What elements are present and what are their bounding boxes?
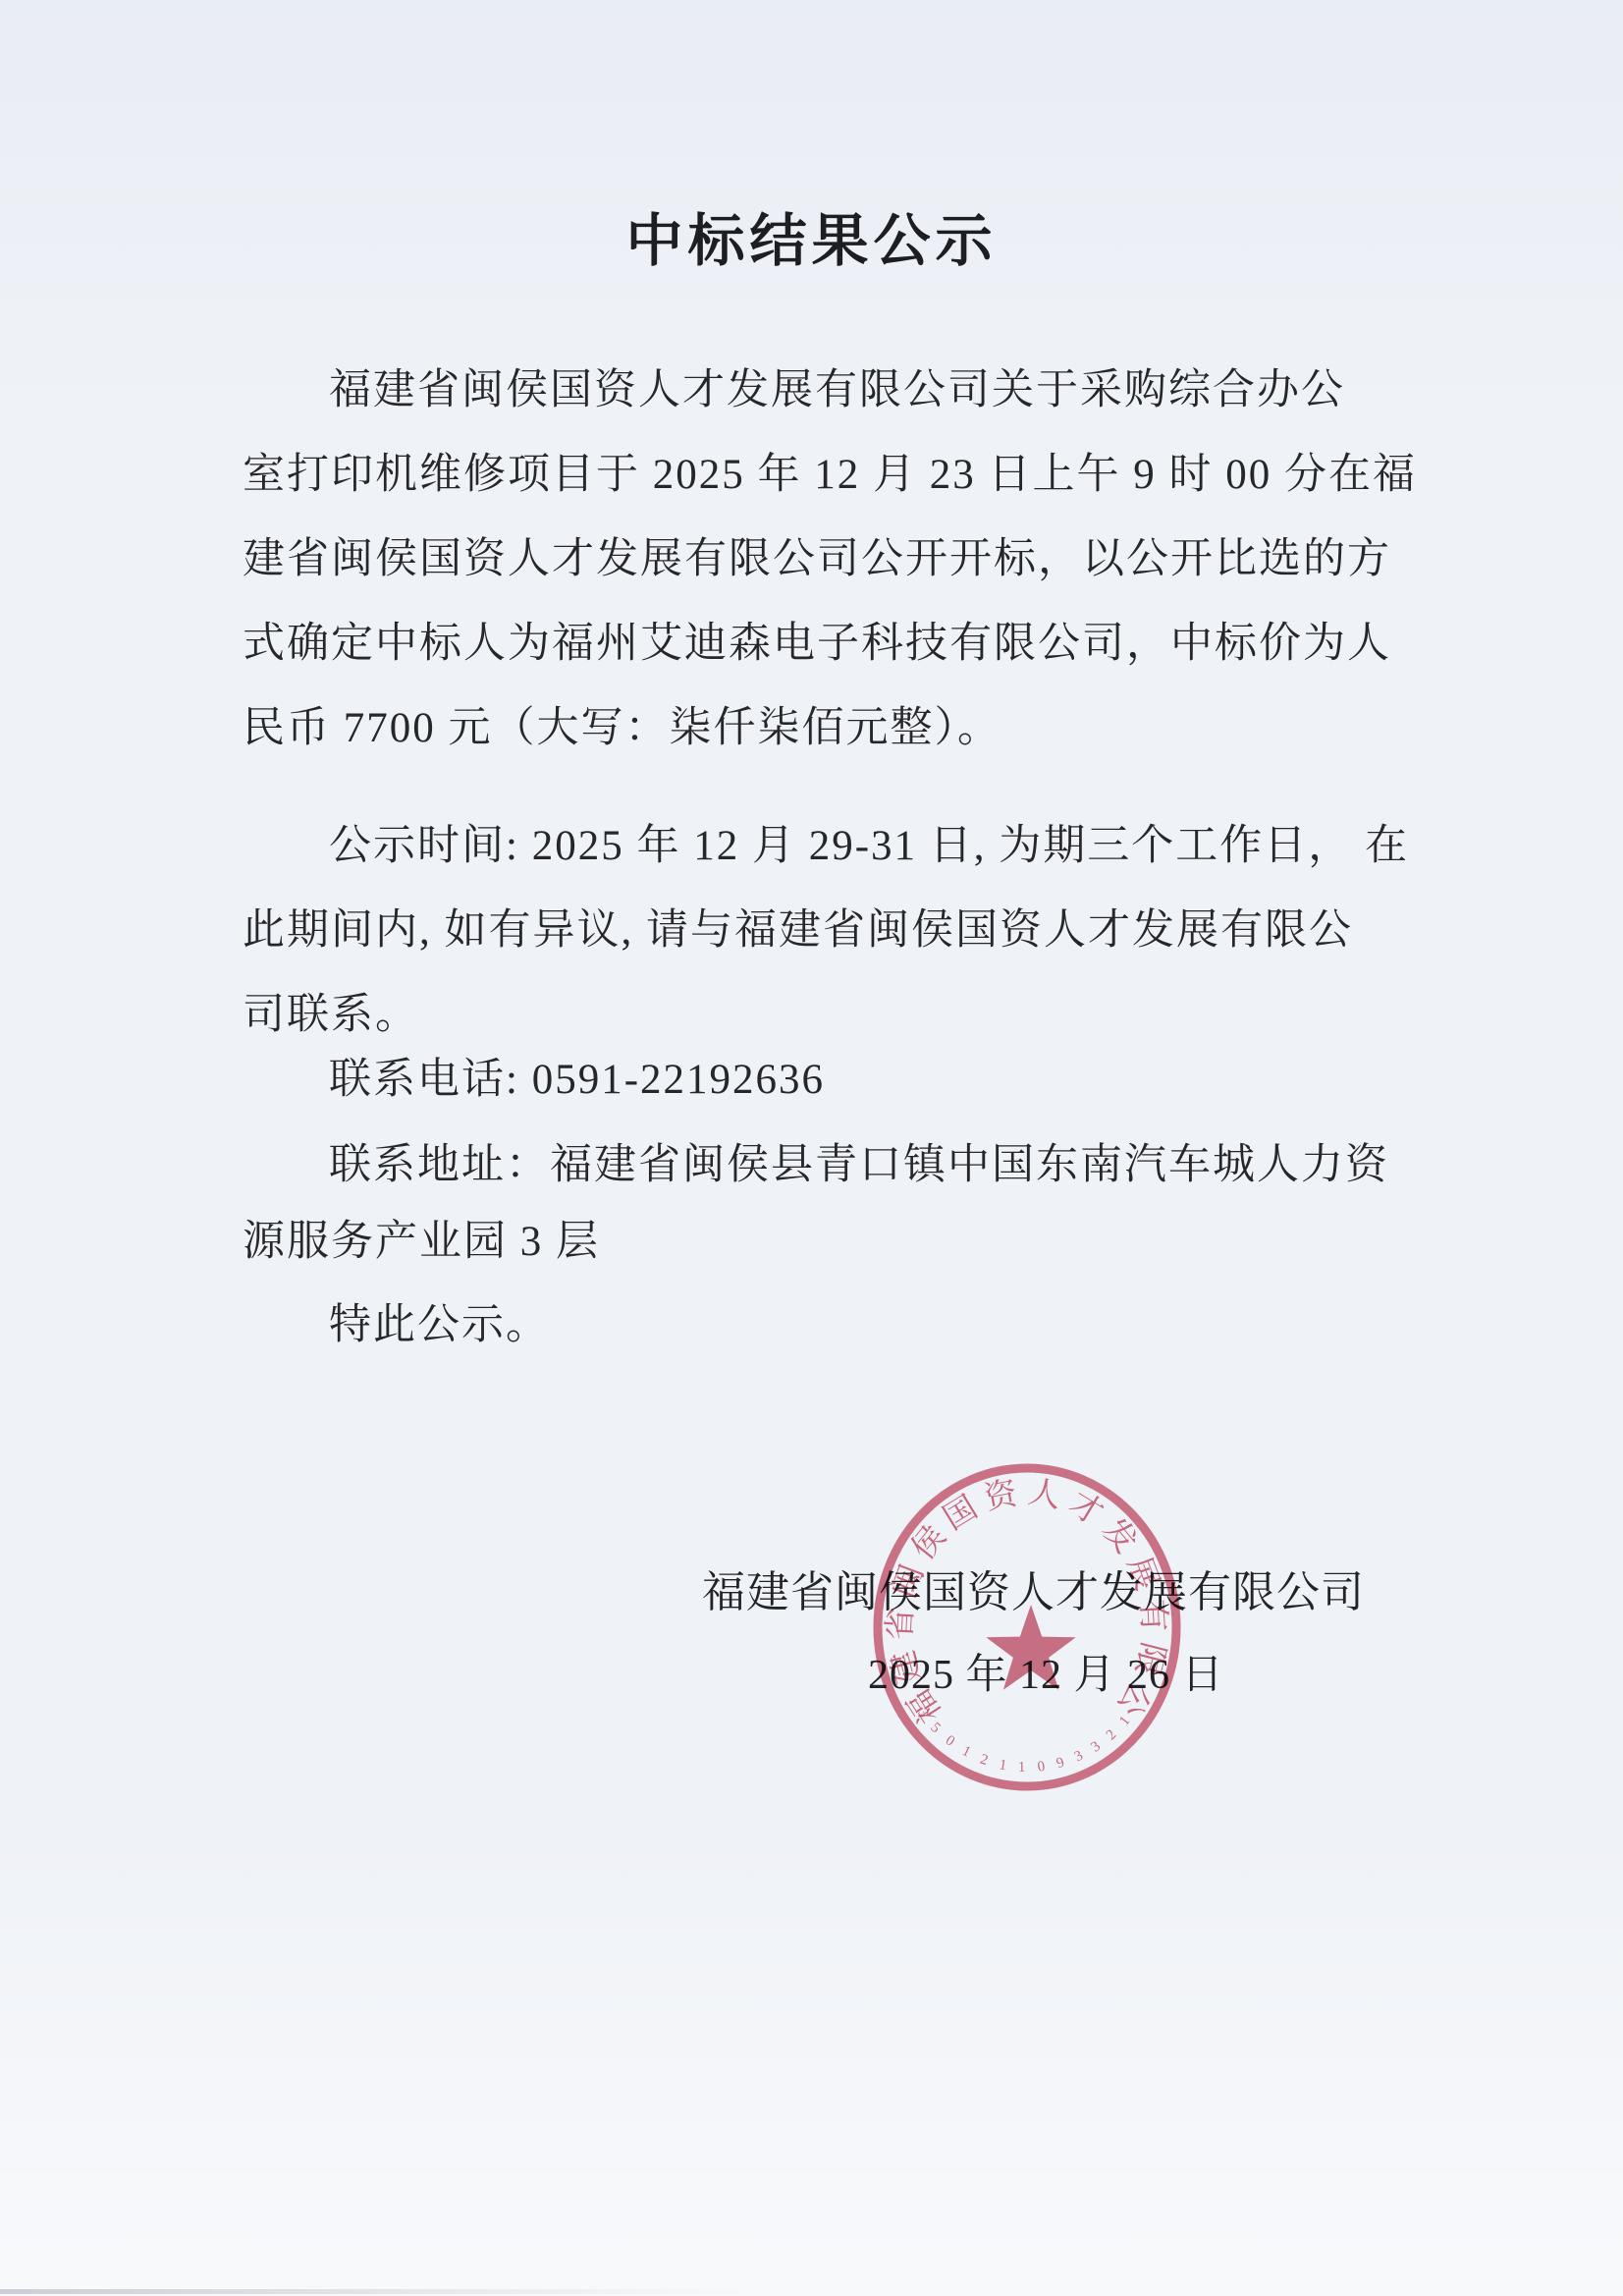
contact-address-line: 联系地址：福建省闽侯县青口镇中国东南汽车城人力资 [243, 1131, 1435, 1190]
body-line: 司联系。 [243, 981, 1435, 1040]
closing-line: 特此公示。 [243, 1291, 1435, 1350]
page-title: 中标结果公示 [0, 194, 1623, 277]
body-line: 公示时间: 2025 年 12 月 29-31 日, 为期三个工作日， 在 [243, 812, 1435, 871]
contact-address-line: 源服务产业园 3 层 [243, 1208, 1435, 1267]
seal-star-icon [986, 1605, 1075, 1690]
seal-ring-text: 福建省闽侯国资人才发展有限公司 [864, 1456, 1172, 1729]
body-line: 此期间内, 如有异议, 请与福建省闽侯国资人才发展有限公 [243, 897, 1435, 956]
body-line: 民币 7700 元（大写：柒仟柒佰元整）。 [243, 694, 1435, 753]
scanned-announcement-page: 中标结果公示 福建省闽侯国资人才发展有限公司关于采购综合办公 室打印机维修项目于… [0, 0, 1623, 2296]
body-line: 式确定中标人为福州艾迪森电子科技有限公司，中标价为人 [243, 610, 1435, 669]
body-line: 室打印机维修项目于 2025 年 12 月 23 日上午 9 时 00 分在福 [243, 441, 1435, 500]
body-line: 建省闽侯国资人才发展有限公司公开开标，以公开比选的方 [243, 525, 1435, 584]
scan-edge-artifact [0, 2289, 746, 2294]
company-seal-stamp: 福建省闽侯国资人才发展有限公司 3501211093321 [864, 1456, 1198, 1802]
body-line: 福建省闽侯国资人才发展有限公司关于采购综合办公 [243, 356, 1435, 415]
contact-phone-line: 联系电话: 0591-22192636 [243, 1046, 1435, 1105]
